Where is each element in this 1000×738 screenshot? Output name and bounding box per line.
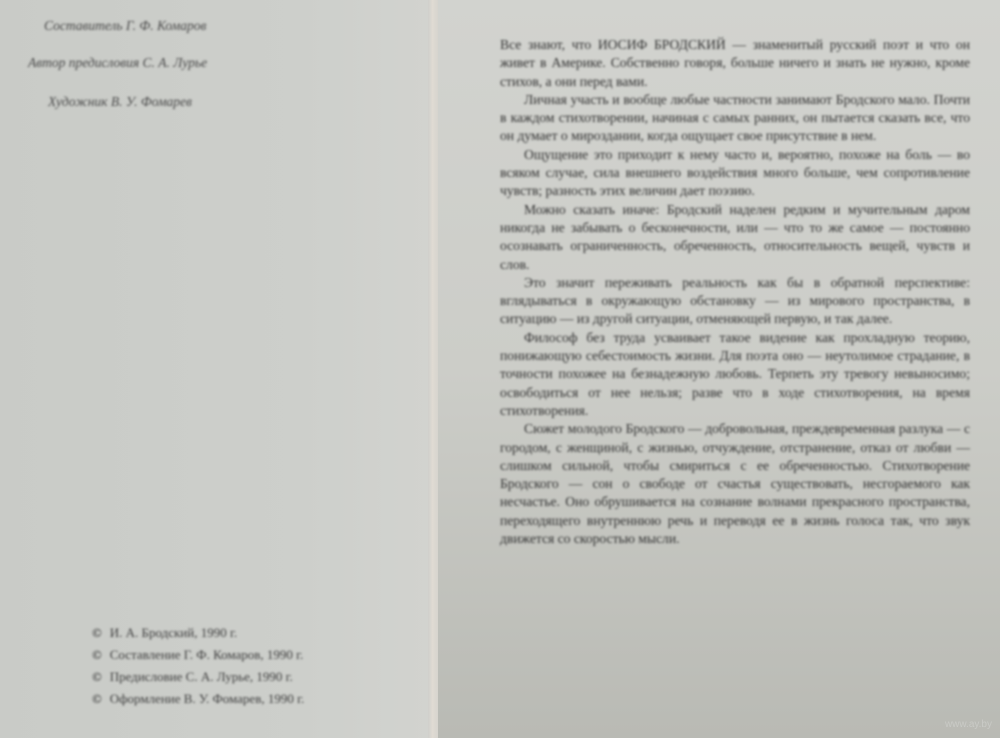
copyright-icon: © <box>92 622 102 644</box>
copyright-icon: © <box>92 644 102 666</box>
credit-preface-author: Автор предисловия С. А. Лурье <box>28 55 207 71</box>
left-page: Составитель Г. Ф. Комаров Автор предисло… <box>0 0 432 738</box>
paragraph: Все знают, что ИОСИФ БРОДСКИЙ — знаменит… <box>500 36 970 91</box>
preface-text: Все знают, что ИОСИФ БРОДСКИЙ — знаменит… <box>500 36 970 548</box>
copyright-line: ©Составление Г. Ф. Комаров, 1990 г. <box>92 644 304 666</box>
copyright-line: ©Оформление В. У. Фомарев, 1990 г. <box>92 688 304 710</box>
paragraph: Личная участь и вообще любые частности з… <box>500 91 970 146</box>
watermark: www.ay.by <box>945 719 992 730</box>
copyright-text: Предисловие С. А. Лурье, 1990 г. <box>110 669 293 684</box>
copyright-icon: © <box>92 666 102 688</box>
copyright-text: И. А. Бродский, 1990 г. <box>110 625 237 640</box>
paragraph: Ощущение это приходит к нему часто и, ве… <box>500 146 970 201</box>
copyright-icon: © <box>92 688 102 710</box>
copyright-line: ©И. А. Бродский, 1990 г. <box>92 622 304 644</box>
credit-artist: Художник В. У. Фомарев <box>48 94 192 110</box>
copyright-line: ©Предисловие С. А. Лурье, 1990 г. <box>92 666 304 688</box>
copyright-text: Оформление В. У. Фомарев, 1990 г. <box>110 691 305 706</box>
paragraph: Сюжет молодого Бродского — добровольная,… <box>500 420 970 548</box>
paragraph: Можно сказать иначе: Бродский наделен ре… <box>500 201 970 274</box>
book-spread: Составитель Г. Ф. Комаров Автор предисло… <box>0 0 1000 738</box>
paragraph: Это значит переживать реальность как бы … <box>500 274 970 329</box>
copyright-text: Составление Г. Ф. Комаров, 1990 г. <box>110 647 304 662</box>
credit-compiler: Составитель Г. Ф. Комаров <box>44 18 206 34</box>
paragraph: Философ без труда усваивает такое видени… <box>500 329 970 420</box>
book-gutter <box>428 0 438 738</box>
copyright-block: ©И. А. Бродский, 1990 г. ©Составление Г.… <box>92 622 304 710</box>
